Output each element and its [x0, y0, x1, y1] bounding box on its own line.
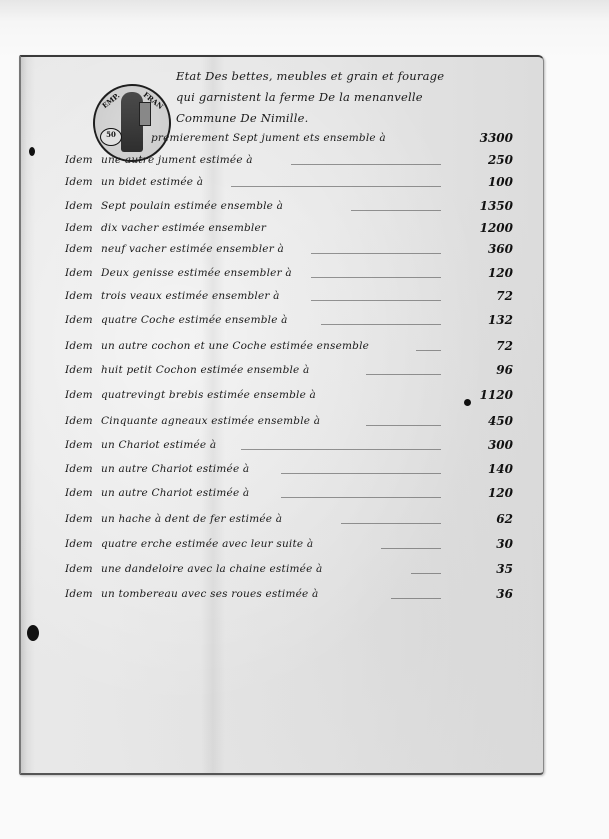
row-value: 62 [453, 512, 513, 526]
row-description: un autre Chariot estimée à [101, 463, 249, 475]
row-label: Idem [65, 290, 93, 302]
row-description: un hache à dent de fer estimée à [101, 513, 282, 525]
row-label: Idem [65, 364, 93, 376]
row-description: Sept poulain estimée ensemble à [101, 200, 283, 212]
leader-line [391, 598, 441, 599]
row-label: Idem [65, 563, 93, 575]
row-label: Idem [65, 154, 93, 166]
row-description: neuf vacher estimée ensembler à [101, 243, 284, 255]
row-value: 120 [453, 486, 513, 500]
leader-line [341, 523, 441, 524]
row-value: 1120 [453, 388, 513, 402]
row-description: Deux genisse estimée ensembler à [101, 267, 292, 279]
row-description: une dandeloire avec la chaine estimée à [101, 563, 322, 575]
row-value: 3300 [453, 131, 513, 145]
row-description: un tombereau avec ses roues estimée à [101, 588, 318, 600]
row-label: Idem [65, 222, 93, 234]
leader-line [366, 425, 441, 426]
leader-line [351, 210, 441, 211]
tax-stamp-seal: EMP. FRAN 50 [93, 84, 171, 162]
row-description: Cinquante agneaux estimée ensemble à [101, 415, 320, 427]
leader-line [416, 350, 441, 351]
row-value: 1350 [453, 199, 513, 213]
row-label: Idem [65, 513, 93, 525]
row-value: 300 [453, 438, 513, 452]
row-value: 360 [453, 242, 513, 256]
row-label: Idem [65, 415, 93, 427]
row-description: un bidet estimée à [101, 176, 203, 188]
row-description: un autre Chariot estimée à [101, 487, 249, 499]
row-label: Idem [65, 487, 93, 499]
row-label: Idem [65, 176, 93, 188]
row-value: 132 [453, 313, 513, 327]
row-value: 36 [453, 587, 513, 601]
row-label: Idem [65, 588, 93, 600]
row-label: Idem [65, 389, 93, 401]
title-line-3: Commune De Nimille. [176, 111, 308, 125]
row-description: premierement Sept jument ets ensemble à [151, 132, 386, 144]
ink-blot [27, 625, 39, 641]
row-description: dix vacher estimée ensembler [101, 222, 266, 234]
row-description: huit petit Cochon estimée ensemble à [101, 364, 309, 376]
row-value: 72 [453, 289, 513, 303]
ink-blot [29, 147, 35, 156]
stamp-text-left: EMP. [100, 91, 121, 110]
leader-line [311, 300, 441, 301]
row-value: 30 [453, 537, 513, 551]
leader-line [291, 164, 441, 165]
row-label: Idem [65, 243, 93, 255]
row-value: 35 [453, 562, 513, 576]
leader-line [311, 253, 441, 254]
row-value: 100 [453, 175, 513, 189]
row-label: Idem [65, 538, 93, 550]
manuscript-page: EMP. FRAN 50 Etat Des bettes, meubles et… [19, 55, 544, 775]
row-label: Idem [65, 314, 93, 326]
leader-line [366, 374, 441, 375]
title-line-1: Etat Des bettes, meubles et grain et fou… [176, 69, 444, 83]
row-description: quatre erche estimée avec leur suite à [101, 538, 313, 550]
leader-line [411, 573, 441, 574]
row-label: Idem [65, 439, 93, 451]
row-label: Idem [65, 340, 93, 352]
row-value: 140 [453, 462, 513, 476]
title-line-2: qui garnistent la ferme De la menanvelle [176, 90, 423, 104]
row-value: 72 [453, 339, 513, 353]
stamp-value: 50 [100, 128, 122, 146]
leader-line [321, 324, 441, 325]
row-value: 96 [453, 363, 513, 377]
row-label: Idem [65, 200, 93, 212]
leader-line [281, 473, 441, 474]
row-value: 450 [453, 414, 513, 428]
row-description: un Chariot estimée à [101, 439, 216, 451]
row-value: 250 [453, 153, 513, 167]
leader-line [231, 186, 441, 187]
row-description: une autre jument estimée à [101, 154, 253, 166]
leader-line [381, 548, 441, 549]
row-description: un autre cochon et une Coche estimée ens… [101, 340, 369, 352]
row-value: 1200 [453, 221, 513, 235]
row-label: Idem [65, 463, 93, 475]
leader-line [281, 497, 441, 498]
row-label: Idem [65, 267, 93, 279]
leader-line [311, 277, 441, 278]
row-description: quatre Coche estimée ensemble à [101, 314, 288, 326]
row-value: 120 [453, 266, 513, 280]
row-description: quatrevingt brebis estimée ensemble à [101, 389, 316, 401]
leader-line [241, 449, 441, 450]
stamp-tablet-icon [139, 102, 151, 126]
row-description: trois veaux estimée ensembler à [101, 290, 280, 302]
